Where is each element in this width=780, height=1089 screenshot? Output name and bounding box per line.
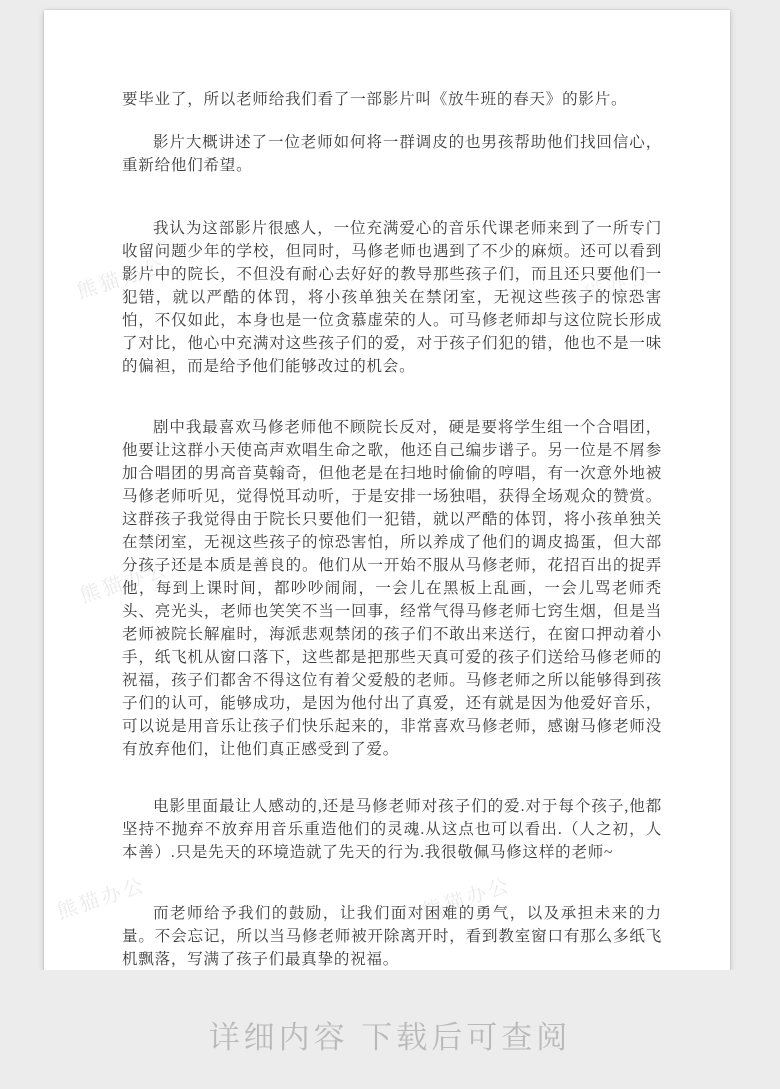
document-page: 熊猫办公 熊猫办公 熊猫办公 熊猫办公 熊猫办公 要毕业了，所以老师给我们看了一… bbox=[44, 10, 730, 970]
footer-bar: 详细内容 下载后可查阅 bbox=[0, 970, 780, 1089]
paragraph: 剧中我最喜欢马修老师他不顾院长反对，硬是要将学生组一个合唱团，他要让这群小天使高… bbox=[122, 416, 662, 761]
document-preview: 熊猫办公 熊猫办公 熊猫办公 熊猫办公 熊猫办公 要毕业了，所以老师给我们看了一… bbox=[0, 0, 780, 1089]
paragraph: 我认为这部影片很感人，一位充满爱心的音乐代课老师来到了一所专门收留问题少年的学校… bbox=[122, 217, 662, 378]
footer-label: 详细内容 下载后可查阅 bbox=[209, 1012, 572, 1057]
paragraph: 而老师给予我们的鼓励，让我们面对困难的勇气，以及承担未来的力量。不会忘记，所以当… bbox=[122, 902, 662, 970]
document-content: 要毕业了，所以老师给我们看了一部影片叫《放牛班的春天》的影片。 影片大概讲述了一… bbox=[122, 88, 662, 970]
paragraph: 要毕业了，所以老师给我们看了一部影片叫《放牛班的春天》的影片。 bbox=[122, 88, 662, 111]
paragraph: 影片大概讲述了一位老师如何将一群调皮的也男孩帮助他们找回信心，重新给他们希望。 bbox=[122, 131, 662, 177]
paragraph: 电影里面最让人感动的,还是马修老师对孩子们的爱.对于每个孩子,他都坚持不抛弃不放… bbox=[122, 795, 662, 864]
